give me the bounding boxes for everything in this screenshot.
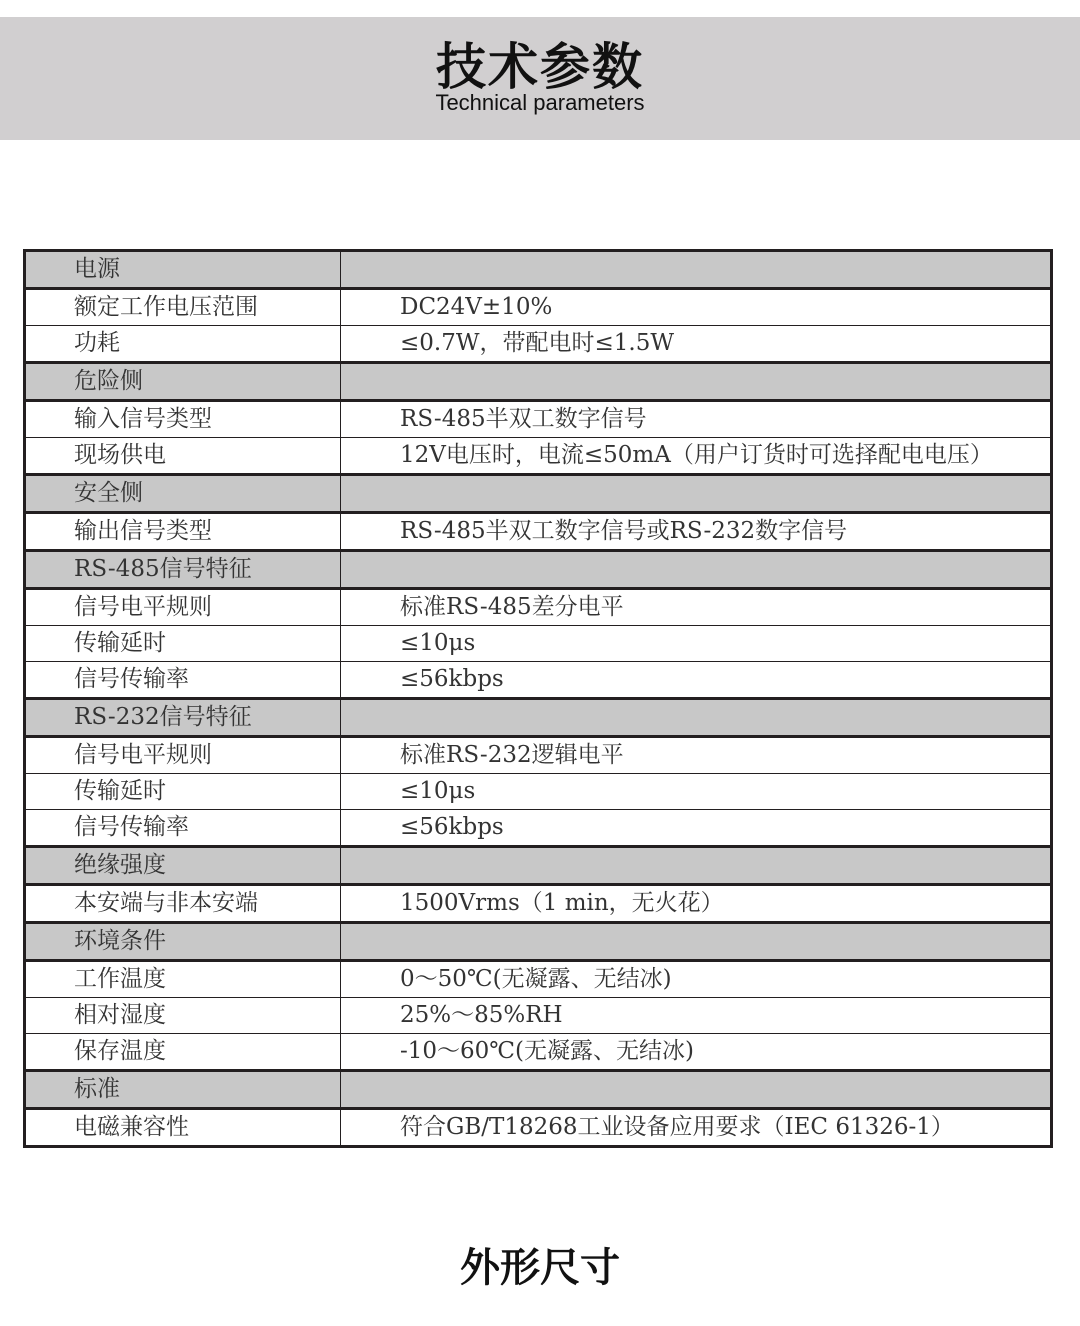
param-value	[341, 363, 1052, 401]
param-value	[341, 699, 1052, 737]
section-row: RS-232信号特征	[25, 699, 1052, 737]
table-row: 功耗≤0.7W，带配电时≤1.5W	[25, 326, 1052, 363]
header-band: 技术参数 Technical parameters	[0, 17, 1080, 140]
table-row: 额定工作电压范围DC24V±10%	[25, 289, 1052, 326]
param-name: 标准	[25, 1071, 341, 1109]
param-name: 信号电平规则	[25, 589, 341, 626]
param-name: RS-485信号特征	[25, 551, 341, 589]
param-name: 额定工作电压范围	[25, 289, 341, 326]
param-name: 信号传输率	[25, 662, 341, 699]
table-row: 信号电平规则标准RS-485差分电平	[25, 589, 1052, 626]
page-subtitle: Technical parameters	[0, 90, 1080, 116]
param-value: ≤10μs	[341, 774, 1052, 810]
param-name: 信号电平规则	[25, 737, 341, 774]
param-name: 现场供电	[25, 438, 341, 475]
table-row: 相对湿度25%～85%RH	[25, 998, 1052, 1034]
param-name: 本安端与非本安端	[25, 885, 341, 923]
param-value	[341, 475, 1052, 513]
param-value: RS-485半双工数字信号	[341, 401, 1052, 438]
param-name: 环境条件	[25, 923, 341, 961]
param-value	[341, 847, 1052, 885]
param-value	[341, 1071, 1052, 1109]
param-name: 电源	[25, 251, 341, 289]
param-value: ≤56kbps	[341, 810, 1052, 847]
param-value: RS-485半双工数字信号或RS-232数字信号	[341, 513, 1052, 551]
param-name: 输入信号类型	[25, 401, 341, 438]
table-row: 传输延时≤10μs	[25, 774, 1052, 810]
param-value	[341, 923, 1052, 961]
section-row: 标准	[25, 1071, 1052, 1109]
section-row: 危险侧	[25, 363, 1052, 401]
table-row: 输入信号类型RS-485半双工数字信号	[25, 401, 1052, 438]
param-name: 保存温度	[25, 1034, 341, 1071]
param-value	[341, 551, 1052, 589]
spec-table: 电源额定工作电压范围DC24V±10%功耗≤0.7W，带配电时≤1.5W危险侧输…	[23, 249, 1053, 1148]
param-name: 传输延时	[25, 626, 341, 662]
param-value: -10～60℃(无凝露、无结冰)	[341, 1034, 1052, 1071]
section-title-dimensions: 外形尺寸	[0, 1240, 1080, 1296]
param-name: RS-232信号特征	[25, 699, 341, 737]
param-name: 危险侧	[25, 363, 341, 401]
param-name: 相对湿度	[25, 998, 341, 1034]
table-row: 工作温度0～50℃(无凝露、无结冰)	[25, 961, 1052, 998]
param-name: 工作温度	[25, 961, 341, 998]
section-row: 电源	[25, 251, 1052, 289]
param-value: 1500Vrms（1 min，无火花）	[341, 885, 1052, 923]
table-row: 现场供电12V电压时，电流≤50mA（用户订货时可选择配电电压）	[25, 438, 1052, 475]
param-value: ≤56kbps	[341, 662, 1052, 699]
param-name: 信号传输率	[25, 810, 341, 847]
param-value: 标准RS-485差分电平	[341, 589, 1052, 626]
table-row: 信号传输率≤56kbps	[25, 810, 1052, 847]
param-value: 12V电压时，电流≤50mA（用户订货时可选择配电电压）	[341, 438, 1052, 475]
page-title: 技术参数	[0, 39, 1080, 95]
param-value: DC24V±10%	[341, 289, 1052, 326]
section-row: 安全侧	[25, 475, 1052, 513]
param-name: 安全侧	[25, 475, 341, 513]
param-name: 电磁兼容性	[25, 1109, 341, 1147]
param-value: ≤0.7W，带配电时≤1.5W	[341, 326, 1052, 363]
table-row: 电磁兼容性符合GB/T18268工业设备应用要求（IEC 61326-1）	[25, 1109, 1052, 1147]
table-row: 保存温度-10～60℃(无凝露、无结冰)	[25, 1034, 1052, 1071]
param-value	[341, 251, 1052, 289]
param-name: 传输延时	[25, 774, 341, 810]
param-value: 25%～85%RH	[341, 998, 1052, 1034]
table-row: 信号传输率≤56kbps	[25, 662, 1052, 699]
param-value: ≤10μs	[341, 626, 1052, 662]
param-name: 绝缘强度	[25, 847, 341, 885]
table-row: 本安端与非本安端1500Vrms（1 min，无火花）	[25, 885, 1052, 923]
table-row: 输出信号类型RS-485半双工数字信号或RS-232数字信号	[25, 513, 1052, 551]
param-value: 符合GB/T18268工业设备应用要求（IEC 61326-1）	[341, 1109, 1052, 1147]
param-value: 标准RS-232逻辑电平	[341, 737, 1052, 774]
param-value: 0～50℃(无凝露、无结冰)	[341, 961, 1052, 998]
table-row: 信号电平规则标准RS-232逻辑电平	[25, 737, 1052, 774]
section-row: RS-485信号特征	[25, 551, 1052, 589]
section-row: 环境条件	[25, 923, 1052, 961]
param-name: 功耗	[25, 326, 341, 363]
table-row: 传输延时≤10μs	[25, 626, 1052, 662]
param-name: 输出信号类型	[25, 513, 341, 551]
section-row: 绝缘强度	[25, 847, 1052, 885]
